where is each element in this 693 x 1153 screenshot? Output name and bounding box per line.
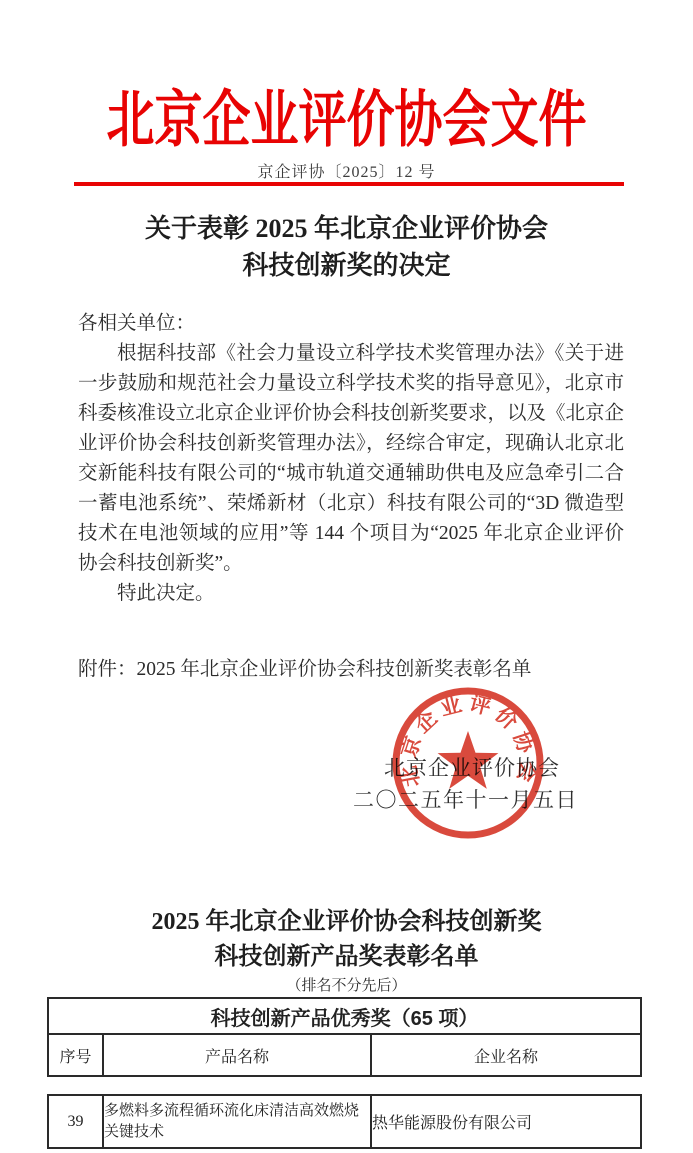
decision-title-line2: 科技创新奖的决定 (0, 247, 693, 284)
column-header-no: 序号 (48, 1034, 103, 1076)
red-divider-line (74, 182, 624, 186)
decision-title-line1: 关于表彰 2025 年北京企业评价协会 (0, 210, 693, 247)
column-header-product: 产品名称 (103, 1034, 371, 1076)
award-table-rows: 39 多燃料多流程循环流化床清洁高效燃烧关键技术 热华能源股份有限公司 (47, 1094, 642, 1149)
salutation: 各相关单位： (78, 309, 624, 339)
table-row: 39 多燃料多流程循环流化床清洁高效燃烧关键技术 热华能源股份有限公司 (48, 1095, 641, 1148)
decision-title: 关于表彰 2025 年北京企业评价协会 科技创新奖的决定 (0, 210, 693, 284)
letterhead-title: 北京企业评价协会文件 (0, 70, 693, 158)
official-document-page: { "document": { "header_title": "北京企业评价协… (0, 0, 693, 1153)
row-product-name: 多燃料多流程循环流化床清洁高效燃烧关键技术 (103, 1095, 371, 1148)
row-company-name: 热华能源股份有限公司 (371, 1095, 641, 1148)
row-serial-number: 39 (48, 1095, 103, 1148)
attachment-line: 附件：2025 年北京企业评价协会科技创新奖表彰名单 (78, 653, 638, 681)
official-red-seal: 北京企业评价协会 (388, 683, 548, 843)
roster-title-line2: 科技创新产品奖表彰名单 (0, 940, 693, 975)
table-section-header-row: 科技创新产品优秀奖（65 项） (48, 998, 641, 1034)
table-section-header: 科技创新产品优秀奖（65 项） (48, 998, 641, 1034)
closing-line: 特此决定。 (78, 579, 624, 609)
award-table-header: 科技创新产品优秀奖（65 项） 序号 产品名称 企业名称 (47, 997, 642, 1077)
roster-title-line1: 2025 年北京企业评价协会科技创新奖 (0, 905, 693, 940)
roster-ranking-note: （排名不分先后） (0, 974, 693, 995)
table-column-header-row: 序号 产品名称 企业名称 (48, 1034, 641, 1076)
document-number: 京企评协〔2025〕12 号 (0, 159, 693, 182)
roster-title: 2025 年北京企业评价协会科技创新奖 科技创新产品奖表彰名单 (0, 905, 693, 975)
column-header-company: 企业名称 (371, 1034, 641, 1076)
body-paragraph: 根据科技部《社会力量设立科学技术奖管理办法》《关于进一步鼓励和规范社会力量设立科… (78, 339, 624, 579)
seal-graphic: 北京企业评价协会 (388, 683, 548, 843)
document-body: 各相关单位： 根据科技部《社会力量设立科学技术奖管理办法》《关于进一步鼓励和规范… (78, 309, 624, 609)
seal-star-icon (438, 731, 499, 789)
